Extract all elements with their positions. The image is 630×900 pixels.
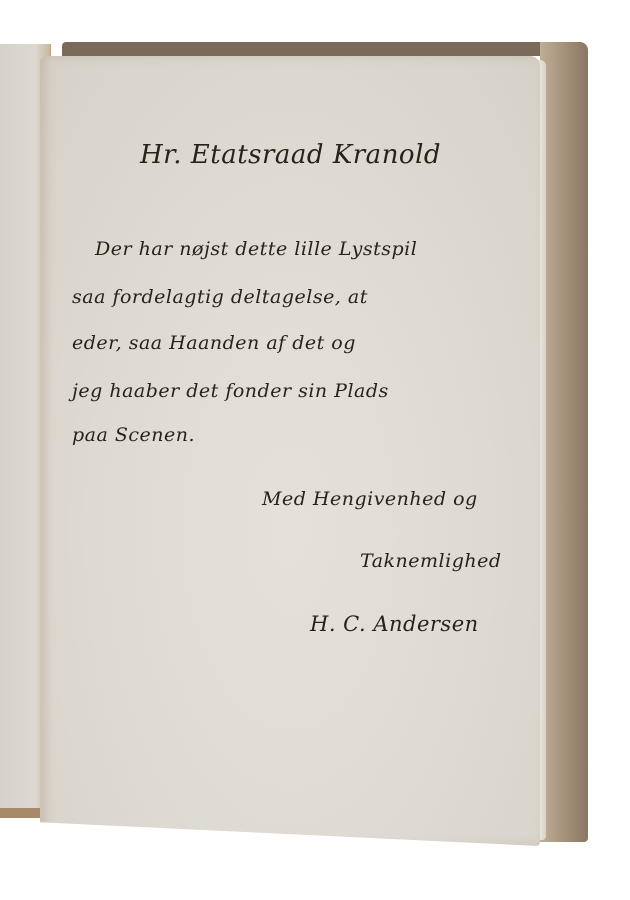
book-cover-right-edge [540,42,588,842]
inscription-signature: H. C. Andersen [310,612,479,636]
inscription-line-3: eder, saa Haanden af det og [72,332,356,354]
inscription-line-4: jeg haaber det fonder sin Plads [72,380,389,402]
inscription-salutation: Hr. Etatsraad Kranold [140,140,441,170]
inscription-closing-1: Med Hengivenhed og [262,488,478,510]
inscription-line-2: saa fordelagtig deltagelse, at [72,286,368,308]
inscription-line-5: paa Scenen. [72,424,195,446]
inscription-line-1: Der har nøjst dette lille Lystspil [95,238,417,260]
flyleaf-page [40,56,540,846]
book-photo: Hr. Etatsraad Kranold Der har nøjst dett… [0,0,630,900]
book-cover-top-edge [62,42,587,56]
inscription-closing-2: Taknemlighed [360,550,502,572]
left-page-bottom-edge [0,808,45,818]
